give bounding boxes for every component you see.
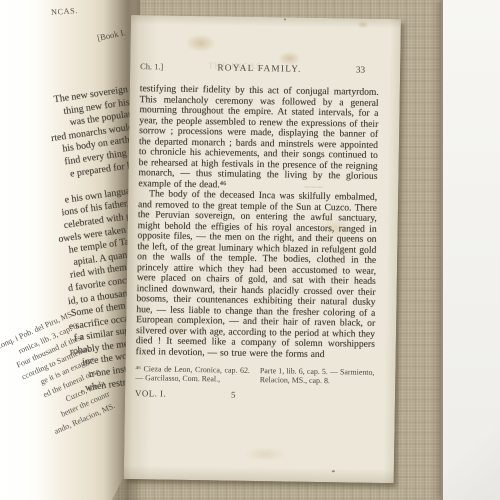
speck xyxy=(332,470,335,472)
volume-label: VOL. I. xyxy=(135,388,166,398)
body-text: testifying their fidelity by this act of… xyxy=(136,84,379,361)
foxing-stain xyxy=(357,21,369,29)
foxing-stain xyxy=(244,447,286,462)
right-page-text-block: Ch. 1.] ROYAL FAMILY. 33 testifying thei… xyxy=(135,61,379,401)
footnote-column-2: Parte 1, lib. 6, cap. 5. — Sarmiento, Re… xyxy=(260,366,375,386)
chapter-label: Ch. 1.] xyxy=(140,62,163,71)
signature-mark: 5 xyxy=(231,389,236,399)
footnote: ⁴⁶ Cieza de Leon, Cronica, cap. 62. — Ga… xyxy=(135,364,374,386)
page-footer: VOL. I. 5 xyxy=(135,388,374,402)
table-surface xyxy=(441,0,500,500)
page-header: Ch. 1.] ROYAL FAMILY. 33 xyxy=(140,61,379,76)
paragraph: testifying their fidelity by this act of… xyxy=(138,84,379,193)
foxing-stain xyxy=(185,34,215,52)
running-title: ROYAL FAMILY. xyxy=(217,62,301,73)
speck xyxy=(284,18,286,20)
right-page: THE INCAS. ▁▁▁ Ch. 1.] ROYAL FAMILY. 33 … xyxy=(124,15,401,483)
footnote-column-1: ⁴⁶ Cieza de Leon, Cronica, cap. 62. — Ga… xyxy=(135,364,250,384)
paragraph: The body of the deceased Inca was skilfu… xyxy=(136,189,378,361)
page-number: 33 xyxy=(356,66,366,76)
left-page-running-head-fragment: NCAS. xyxy=(51,6,78,17)
book-photograph: NCAS. [Book I. The new sovereignthing ne… xyxy=(0,0,500,500)
